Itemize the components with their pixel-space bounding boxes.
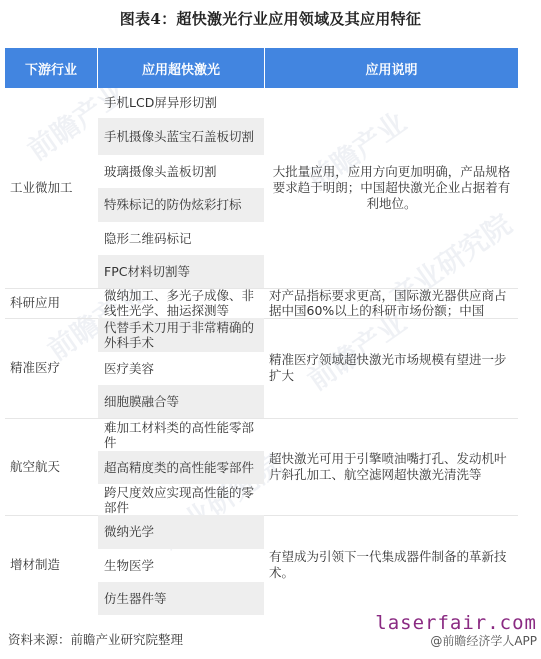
industry-cell: 精准医疗	[5, 318, 97, 418]
industry-cell: 工业微加工	[5, 88, 97, 288]
application-cell: 超高精度类的高性能零部件	[98, 451, 264, 484]
header-industry: 下游行业	[5, 48, 97, 88]
header-application: 应用超快激光	[98, 48, 264, 88]
description-cell: 超快激光可用于引擎喷油嘴打孔、发动机叶片斜孔加工、航空滤网超快激光清洗等	[265, 418, 518, 515]
industry-cell: 增材制造	[5, 515, 97, 615]
app-credit: @前瞻经济学人APP	[430, 632, 537, 649]
application-cell: 生物医学	[98, 549, 264, 582]
source-note: 资料来源：前瞻产业研究院整理	[8, 630, 183, 648]
application-cell: 难加工材料类的高性能零部件	[98, 418, 264, 451]
application-cell: FPC材料切割等	[98, 255, 264, 288]
application-cell: 跨尺度效应实现高性能的零部件	[98, 484, 264, 515]
description-cell: 有望成为引领下一代集成器件制备的革新技术。	[265, 515, 518, 615]
application-cell: 微纳光学	[98, 515, 264, 549]
description-cell: 对产品指标要求更高，国际激光器供应商占据中国60%以上的科研市场份额；中国	[265, 288, 518, 318]
application-cell: 医疗美容	[98, 352, 264, 385]
application-cell: 手机摄像头蓝宝石盖板切割	[98, 118, 264, 155]
industry-cell: 航空航天	[5, 418, 97, 515]
application-cell: 微纳加工、多光子成像、非线性光学、抽运探测等	[98, 288, 264, 318]
header-description: 应用说明	[265, 48, 518, 88]
description-cell: 大批量应用，应用方向更加明确，产品规格要求趋于明朗；中国超快激光企业占据着有利地…	[265, 88, 518, 288]
application-cell: 细胞膜融合等	[98, 385, 264, 418]
industry-cell: 科研应用	[5, 288, 97, 318]
application-cell: 隐形二维码标记	[98, 222, 264, 255]
application-cell: 代替手术刀用于非常精确的外科手术	[98, 318, 264, 352]
brand-watermark: laserfair.com	[375, 612, 537, 634]
application-cell: 手机LCD屏异形切割	[98, 88, 264, 118]
application-cell: 仿生器件等	[98, 582, 264, 615]
application-cell: 特殊标记的防伪炫彩打标	[98, 188, 264, 222]
description-cell: 精准医疗领域超快激光市场规模有望进一步扩大	[265, 333, 518, 403]
application-cell: 玻璃摄像头盖板切割	[98, 155, 264, 188]
figure-title: 图表4：超快激光行业应用领域及其应用特征	[0, 8, 541, 29]
